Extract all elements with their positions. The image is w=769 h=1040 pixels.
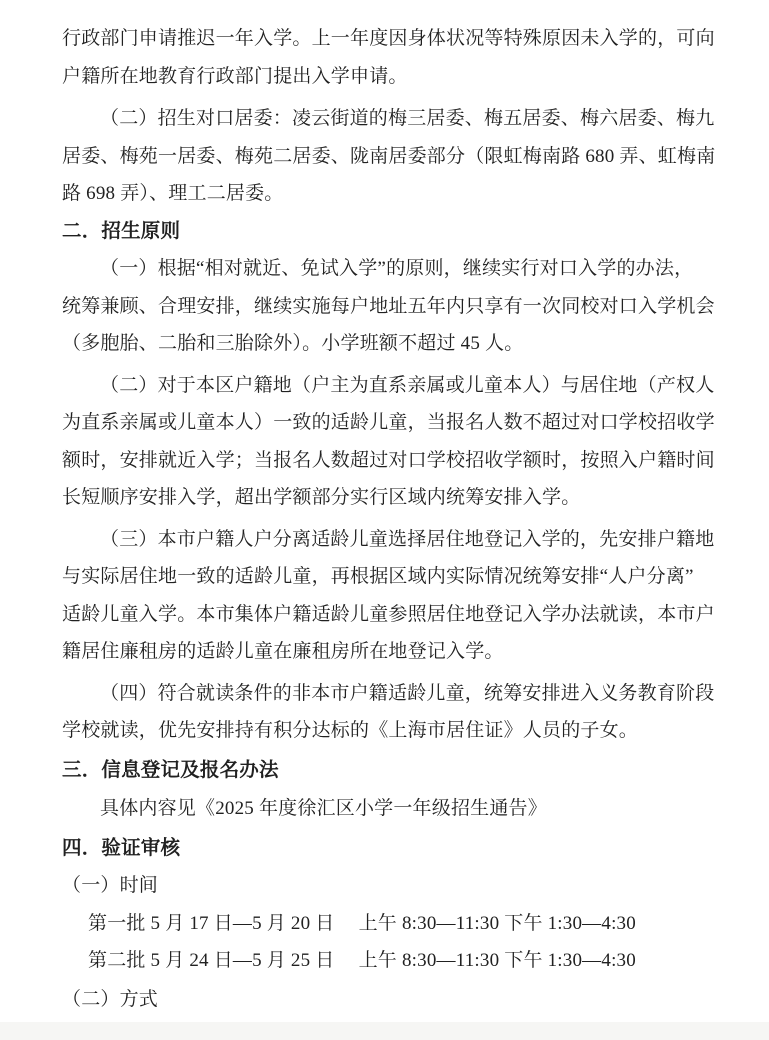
paragraph-line: （二）招生对口居委：凌云街道的梅三居委、梅五居委、梅六居委、梅九	[62, 100, 710, 138]
subitem-method-label: （二）方式	[62, 981, 710, 1019]
section-heading-enrollment-principles: 二．招生原则	[62, 213, 710, 251]
paragraph-line: 路 698 弄）、理工二居委。	[62, 175, 710, 213]
paragraph-line: 为直系亲属或儿童本人）一致的适龄儿童，当报名人数不超过对口学校招收学	[62, 404, 710, 442]
paragraph-line: 统筹兼顾、合理安排，继续实施每户地址五年内只享有一次同校对口入学机会	[62, 288, 710, 326]
paragraph-line: 户籍所在地教育行政部门提出入学申请。	[62, 58, 710, 96]
paragraph-line: 适龄儿童入学。本市集体户籍适龄儿童参照居住地登记入学办法就读，本市户	[62, 596, 710, 634]
document-content: 行政部门申请推迟一年入学。上一年度因身体状况等特殊原因未入学的，可向 户籍所在地…	[62, 20, 710, 1018]
paragraph-line: 具体内容见《2025 年度徐汇区小学一年级招生通告》	[62, 790, 710, 828]
section-heading-verification: 四．验证审核	[62, 830, 710, 868]
subitem-time-label: （一）时间	[62, 867, 710, 905]
paragraph-line: 长短顺序安排入学，超出学额部分实行区域内统筹安排入学。	[62, 479, 710, 517]
paragraph-line: 籍居住廉租房的适龄儿童在廉租房所在地登记入学。	[62, 633, 710, 671]
schedule-row-batch-1: 第一批 5 月 17 日—5 月 20 日 上午 8:30—11:30 下午 1…	[62, 905, 710, 943]
section-heading-registration-method: 三．信息登记及报名办法	[62, 752, 710, 790]
paragraph-line: （四）符合就读条件的非本市户籍适龄儿童，统筹安排进入义务教育阶段	[62, 675, 710, 713]
paragraph-line: 与实际居住地一致的适龄儿童，再根据区域内实际情况统筹安排“人户分离”	[62, 558, 710, 596]
paragraph-line: （二）对于本区户籍地（户主为直系亲属或儿童本人）与居住地（产权人	[62, 367, 710, 405]
schedule-row-batch-2: 第二批 5 月 24 日—5 月 25 日 上午 8:30—11:30 下午 1…	[62, 942, 710, 980]
document-page: 行政部门申请推迟一年入学。上一年度因身体状况等特殊原因未入学的，可向 户籍所在地…	[0, 0, 769, 1040]
paragraph-line: （多胞胎、二胎和三胎除外）。小学班额不超过 45 人。	[62, 325, 710, 363]
paragraph-line: 行政部门申请推迟一年入学。上一年度因身体状况等特殊原因未入学的，可向	[62, 20, 710, 58]
paragraph-line: （三）本市户籍人户分离适龄儿童选择居住地登记入学的，先安排户籍地	[62, 521, 710, 559]
paragraph-line: 学校就读，优先安排持有积分达标的《上海市居住证》人员的子女。	[62, 712, 710, 750]
paragraph-line: 额时，安排就近入学；当报名人数超过对口学校招收学额时，按照入户籍时间	[62, 442, 710, 480]
page-bottom-band	[0, 1022, 769, 1040]
paragraph-line: 居委、梅苑一居委、梅苑二居委、陇南居委部分（限虹梅南路 680 弄、虹梅南	[62, 138, 710, 176]
paragraph-line: （一）根据“相对就近、免试入学”的原则，继续实行对口入学的办法，	[62, 250, 710, 288]
